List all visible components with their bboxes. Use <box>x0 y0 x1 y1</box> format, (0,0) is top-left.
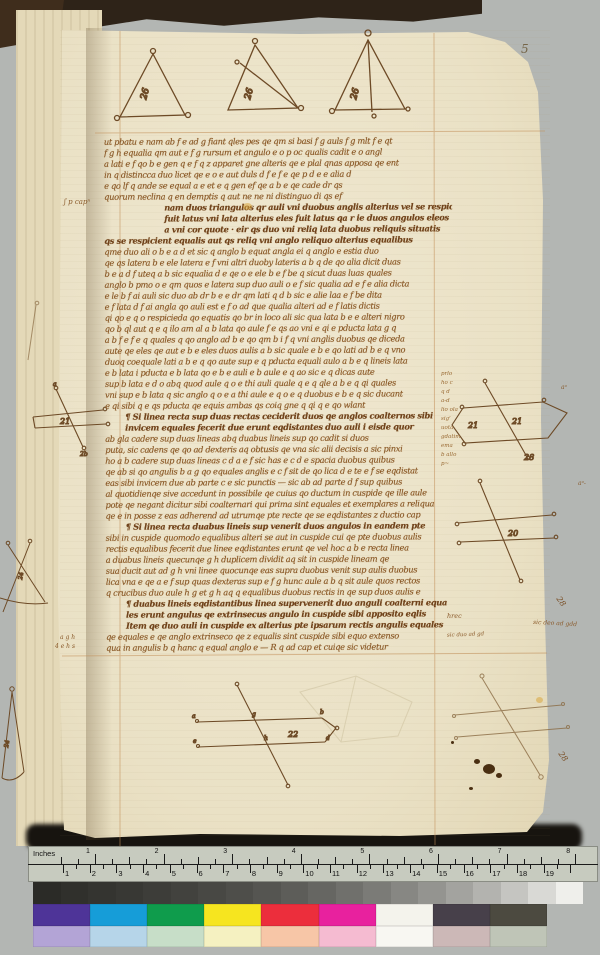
cm-tick <box>183 865 184 869</box>
inch-cm-ruler: Inches 123456781234567891011121314151617… <box>28 846 598 882</box>
cm-number: 14 <box>412 869 420 878</box>
right-margin-note: p~ <box>441 460 473 469</box>
right-margin-note: gdatim <box>441 433 473 442</box>
manuscript-line: qe qs latera b e ele latera e f vni altr… <box>104 256 452 269</box>
cm-tick <box>330 865 331 873</box>
inch-tick <box>438 854 439 864</box>
cm-tick <box>317 865 318 869</box>
ink-blot-large <box>483 764 495 774</box>
cm-tick <box>76 865 77 869</box>
inch-tick <box>146 859 147 864</box>
color-patch-pastel <box>204 926 261 947</box>
color-patch-pastel <box>147 926 204 947</box>
color-patch-saturated <box>204 904 261 926</box>
inch-tick <box>369 854 370 864</box>
color-patch-saturated <box>490 904 547 926</box>
cm-number: 12 <box>359 869 367 878</box>
cm-number: 11 <box>332 869 340 878</box>
grayscale-step <box>33 882 61 904</box>
cm-tick <box>210 865 211 869</box>
grayscale-step <box>226 882 254 904</box>
manuscript-line: qs se respicient equalis aut qs reliq vn… <box>104 234 452 247</box>
edge-note-ao1: aᵒ <box>561 384 567 391</box>
cm-number: 18 <box>519 869 527 878</box>
color-patch-row-saturated <box>33 904 547 926</box>
cm-tick <box>517 865 518 873</box>
color-patch-saturated <box>433 904 490 926</box>
cm-tick <box>143 865 144 873</box>
color-patch-saturated <box>376 904 433 926</box>
cm-number: 8 <box>252 869 256 878</box>
inch-tick <box>524 859 525 864</box>
cm-tick <box>437 865 438 873</box>
manuscript-line: Item qe duo auli in cuspide ex alterius … <box>106 619 454 632</box>
cm-tick <box>237 865 238 869</box>
right-margin-note: a-d <box>441 397 473 406</box>
right-margin-note: sigʳ <box>441 415 473 424</box>
cm-tick <box>504 865 505 869</box>
right-margin-notes-column: prloho cq da-dlio olasigʳuotagdatimemab … <box>441 370 473 469</box>
grayscale-step-wedge <box>33 882 583 904</box>
text-block: ut pbatu e nam ab f e ad g fiant qles pe… <box>104 135 454 649</box>
inch-tick <box>387 859 388 864</box>
cm-tick <box>397 865 398 869</box>
inch-tick <box>421 859 422 864</box>
cm-tick <box>357 865 358 873</box>
inch-tick <box>541 857 542 864</box>
inch-tick <box>318 859 319 864</box>
inch-tick <box>558 859 559 864</box>
book-top-binding-edge <box>52 0 482 30</box>
cm-tick <box>477 865 478 869</box>
grayscale-step <box>446 882 474 904</box>
grayscale-step <box>88 882 116 904</box>
grayscale-step <box>198 882 226 904</box>
inch-tick <box>61 857 62 864</box>
left-triangle-label: 24 <box>3 739 11 749</box>
cm-number: 9 <box>279 869 283 878</box>
cm-number: 10 <box>305 869 313 878</box>
cm-number: 5 <box>172 869 176 878</box>
color-patch-saturated <box>261 904 318 926</box>
inch-tick <box>575 854 576 864</box>
right-margin-note: ema <box>441 442 473 451</box>
cm-tick <box>223 865 224 873</box>
inch-number: 1 <box>86 848 90 855</box>
rotated-note-28-lower: 28 <box>556 750 569 764</box>
inch-number: 8 <box>566 848 570 855</box>
ink-blot-small-1 <box>474 759 480 764</box>
cm-tick <box>410 865 411 873</box>
cm-tick <box>263 865 264 869</box>
right-margin-note: prlo <box>441 370 473 379</box>
margin-note-bottom-left-1: a g h <box>60 634 75 641</box>
cm-tick <box>303 865 304 873</box>
inch-tick <box>181 859 182 864</box>
cm-tick <box>156 865 157 869</box>
cm-tick <box>277 865 278 873</box>
cm-number: 1 <box>65 869 69 878</box>
cm-tick <box>250 865 251 873</box>
manuscript-line: duoq coequale lati a b e q qo aute sup e… <box>105 355 453 368</box>
cm-tick <box>130 865 131 869</box>
cm-tick <box>290 865 291 869</box>
manuscript-line: qua in angulis b q hanc q equal anglo e … <box>106 641 454 654</box>
grayscale-step <box>501 882 529 904</box>
cm-tick <box>197 865 198 873</box>
manuscript-line: rectis equalibus fecerit due linee eqdis… <box>106 542 454 555</box>
grayscale-step <box>116 882 144 904</box>
cm-tick <box>63 865 64 873</box>
inch-number: 6 <box>429 848 433 855</box>
rotated-note-28-upper: 28 <box>554 595 567 609</box>
ink-blot-small-2 <box>496 773 502 778</box>
cm-number: 15 <box>439 869 447 878</box>
grayscale-step <box>143 882 171 904</box>
margin-note-top-left: ʃ p capⁿ <box>64 198 90 206</box>
margin-note-bottom-left-2: 4 e h s <box>55 643 75 650</box>
color-patch-pastel <box>90 926 147 947</box>
manuscript-line: invicem equales fecerit due erunt eqdist… <box>105 421 453 434</box>
ruler-divider-line <box>28 864 598 865</box>
right-margin-note-hec: hrec <box>447 612 462 620</box>
cm-tick <box>170 865 171 873</box>
inch-tick <box>404 857 405 864</box>
color-patch-saturated <box>90 904 147 926</box>
edge-note-ao2: aᵒ- <box>578 480 586 487</box>
right-margin-note: ho c <box>441 379 473 388</box>
cm-number: 2 <box>92 869 96 878</box>
ink-dot-2 <box>469 787 473 790</box>
inch-tick <box>112 859 113 864</box>
cm-number: 7 <box>225 869 229 878</box>
inch-tick <box>352 859 353 864</box>
grayscale-step <box>391 882 419 904</box>
cm-tick <box>530 865 531 869</box>
cm-tick <box>490 865 491 873</box>
cm-tick <box>383 865 384 873</box>
manuscript-line: vni sup e b lata q sic anglo q o e a thi… <box>105 388 453 401</box>
inch-tick <box>335 857 336 864</box>
inch-tick <box>455 859 456 864</box>
color-patch-saturated <box>147 904 204 926</box>
amber-stain-2 <box>536 697 543 703</box>
manuscript-line: anglo b pmo o e qm quos e latera sup duo… <box>105 278 453 291</box>
inch-number: 3 <box>223 848 227 855</box>
cm-tick <box>116 865 117 873</box>
inch-tick <box>129 857 130 864</box>
page-number: 5 <box>521 42 529 56</box>
grayscale-step <box>281 882 309 904</box>
right-margin-note: uota <box>441 424 473 433</box>
cm-number: 13 <box>385 869 393 878</box>
ruler-unit-label: Inches <box>33 849 55 858</box>
color-patch-saturated <box>33 904 90 926</box>
cm-tick <box>343 865 344 869</box>
color-patch-row-pastel <box>33 926 547 947</box>
cm-number: 17 <box>492 869 500 878</box>
inch-tick <box>95 854 96 864</box>
right-margin-note: lio ola <box>441 406 473 415</box>
inch-tick <box>198 857 199 864</box>
grayscale-step <box>473 882 501 904</box>
inch-tick <box>249 859 250 864</box>
grayscale-step <box>363 882 391 904</box>
amber-stain <box>243 203 252 210</box>
inch-number: 7 <box>498 848 502 855</box>
grayscale-step <box>61 882 89 904</box>
cm-tick <box>103 865 104 869</box>
grayscale-step <box>556 882 584 904</box>
inch-number: 4 <box>292 848 296 855</box>
cm-number: 4 <box>145 869 149 878</box>
inch-tick <box>507 854 508 864</box>
cm-number: 6 <box>199 869 203 878</box>
grayscale-step <box>336 882 364 904</box>
color-patch-pastel <box>319 926 376 947</box>
color-patch-saturated <box>319 904 376 926</box>
inch-tick <box>164 854 165 864</box>
inch-tick <box>215 859 216 864</box>
inch-tick <box>284 859 285 864</box>
inch-number: 2 <box>155 848 159 855</box>
cm-tick <box>450 865 451 869</box>
cm-tick <box>570 865 571 873</box>
grayscale-step <box>308 882 336 904</box>
cm-tick <box>90 865 91 873</box>
inch-tick <box>489 859 490 864</box>
cm-tick <box>423 865 424 869</box>
inch-tick <box>232 854 233 864</box>
grayscale-step <box>528 882 556 904</box>
ink-dot-1 <box>451 741 454 744</box>
right-margin-note: b allo <box>441 451 473 460</box>
cm-number: 19 <box>546 869 554 878</box>
cm-number: 16 <box>466 869 474 878</box>
manuscript-line: qi qo e q o respicieda qo equatis qo br … <box>105 311 453 324</box>
cm-tick <box>544 865 545 873</box>
color-patch-pastel <box>261 926 318 947</box>
color-patch-pastel <box>490 926 547 947</box>
photograph-stage: 26 26 26 21 a 2b 21 21 <box>0 0 600 955</box>
cm-tick <box>370 865 371 869</box>
inch-tick <box>301 854 302 864</box>
manuscript-line: puta, sic cadens qe qo ad dexteris aq ob… <box>105 443 453 456</box>
cm-tick <box>557 865 558 869</box>
color-patch-pastel <box>33 926 90 947</box>
cm-number: 3 <box>118 869 122 878</box>
color-patch-pastel <box>433 926 490 947</box>
inch-tick <box>267 857 268 864</box>
cm-tick <box>464 865 465 873</box>
inch-number: 5 <box>360 848 364 855</box>
right-margin-note: q d <box>441 388 473 397</box>
grayscale-step <box>418 882 446 904</box>
inch-tick <box>78 859 79 864</box>
grayscale-step <box>253 882 281 904</box>
inch-tick <box>472 857 473 864</box>
grayscale-step <box>171 882 199 904</box>
color-patch-pastel <box>376 926 433 947</box>
